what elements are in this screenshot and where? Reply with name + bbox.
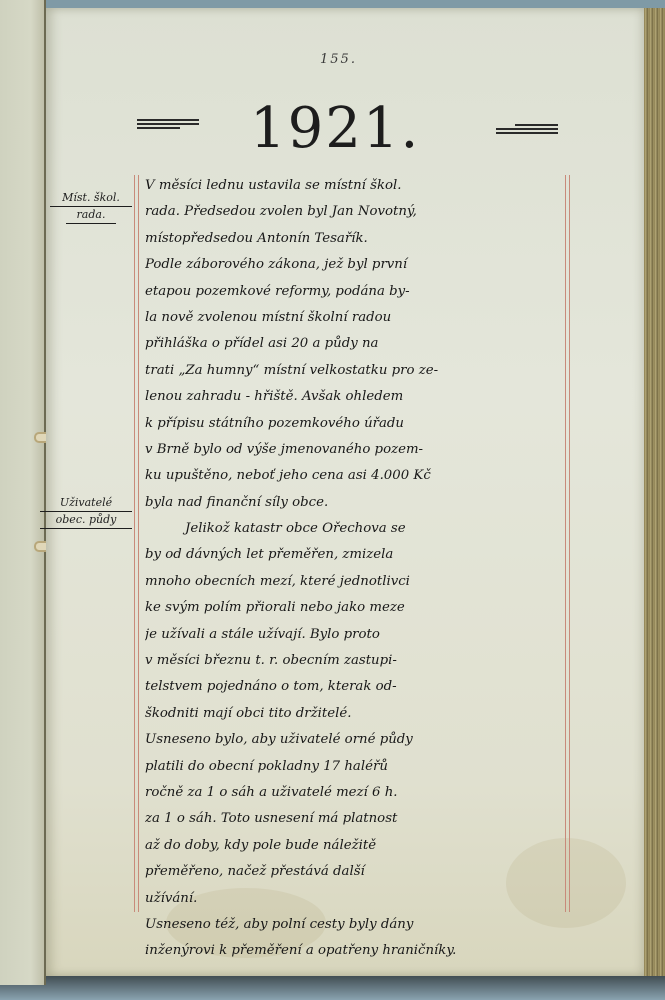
backdrop-bottom (0, 975, 665, 1000)
margin-note-line: Míst. škol. (50, 190, 132, 207)
margin-rule-right (565, 175, 570, 912)
text-line: ke svým polím přiorali nebo jako meze (145, 595, 563, 621)
text-line: lenou zahradu - hřiště. Avšak ohledem (145, 384, 563, 410)
text-line: až do doby, kdy pole bude náležitě (145, 833, 563, 859)
text-line: za 1 o sáh. Toto usnesení má platnost (145, 806, 563, 832)
text-line: Podle záborového zákona, jež byl první (145, 252, 563, 278)
text-line: Jelikož katastr obce Ořechova se (145, 516, 563, 542)
margin-note-line: rada. (66, 207, 115, 224)
text-line: Usneseno bylo, aby uživatelé orné půdy (145, 727, 563, 753)
text-line: k přípisu státního pozemkového úřadu (145, 411, 563, 437)
text-line: přihláška o přídel asi 20 a půdy na (145, 331, 563, 357)
text-line: inženýrovi k přeměření a opatřeny hranič… (145, 938, 563, 964)
margin-note-land-users: Uživatelé obec. půdy (40, 495, 132, 529)
text-line: V měsíci lednu ustavila se místní škol. (145, 173, 563, 199)
text-line: místopředsedou Antonín Tesařík. (145, 226, 563, 252)
margin-note-school-board: Míst. škol. rada. (50, 190, 132, 224)
chronicle-body-text: V měsíci lednu ustavila se místní škol.r… (145, 173, 563, 965)
text-line: trati „Za humny“ místní velkostatku pro … (145, 358, 563, 384)
text-line: platili do obecní pokladny 17 haléřů (145, 754, 563, 780)
heading-ornament-right (496, 124, 558, 138)
text-line: etapou pozemkové reformy, podána by- (145, 279, 563, 305)
text-line: rada. Předsedou zvolen byl Jan Novotný, (145, 199, 563, 225)
text-line: v měsíci březnu t. r. obecním zastupi- (145, 648, 563, 674)
text-line: by od dávných let přeměřen, zmizela (145, 542, 563, 568)
margin-rule-left (134, 175, 139, 912)
margin-note-line: Uživatelé (40, 495, 132, 512)
text-line: telstvem pojednáno o tom, kterak od- (145, 674, 563, 700)
text-line: la nově zvolenou místní školní radou (145, 305, 563, 331)
text-line: byla nad finanční síly obce. (145, 490, 563, 516)
text-line: je užívali a stále užívají. Bylo proto (145, 622, 563, 648)
year-heading: 1921. (250, 96, 420, 161)
text-line: v Brně bylo od výše jmenovaného pozem- (145, 437, 563, 463)
heading-ornament-left (137, 119, 199, 133)
page-edges (644, 8, 665, 976)
text-line: přeměřeno, načež přestává další (145, 859, 563, 885)
text-line: užívání. (145, 886, 563, 912)
text-line: mnoho obecních mezí, které jednotlivci (145, 569, 563, 595)
text-line: Usneseno též, aby polní cesty byly dány (145, 912, 563, 938)
text-line: ročně za 1 o sáh a uživatelé mezí 6 h. (145, 780, 563, 806)
text-line: ku upuštěno, neboť jeho cena asi 4.000 K… (145, 463, 563, 489)
text-line: škodniti mají obci tito držitelé. (145, 701, 563, 727)
page-number: 155. (320, 52, 357, 67)
margin-note-line: obec. půdy (40, 512, 132, 529)
left-facing-page (0, 0, 46, 985)
